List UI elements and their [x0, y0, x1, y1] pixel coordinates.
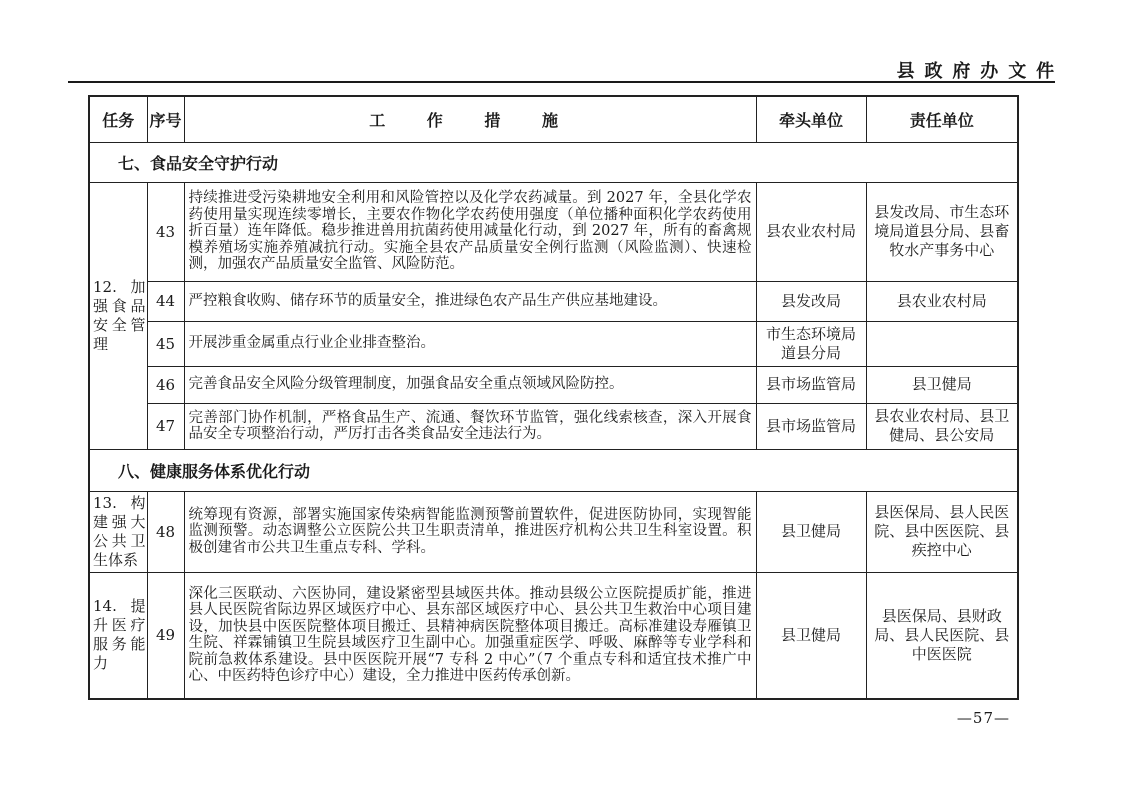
page-number: —57— — [957, 709, 1010, 727]
action-plan-table: 任务 序号 工 作 措 施 牵头单位 责任单位 七、食品安全守护行动 12.加强… — [88, 95, 1019, 700]
measure-cell-44: 严控粮食收购、储存环节的质量安全，推进绿色农产品生产供应基地建设。 — [184, 281, 756, 321]
task-cell-14: 14.提升医疗服务能力 — [89, 572, 147, 699]
section-title-8: 八、健康服务体系优化行动 — [89, 449, 1018, 491]
table-row-45: 45 开展涉重金属重点行业企业排查整治。 市生态环境局道县分局 — [89, 321, 1018, 366]
no-cell-44: 44 — [147, 281, 184, 321]
lead-cell-46: 县市场监管局 — [756, 366, 866, 403]
no-cell-47: 47 — [147, 403, 184, 449]
document-page: 县政府办文件 任务 序号 工 作 措 施 牵头单位 责任单位 七、食品安全守护行… — [0, 0, 1122, 793]
table-header-row: 任务 序号 工 作 措 施 牵头单位 责任单位 — [89, 96, 1018, 142]
section-title-7: 七、食品安全守护行动 — [89, 142, 1018, 182]
doc-header-label: 县政府办文件 — [897, 57, 1064, 83]
measure-cell-47: 完善部门协作机制，严格食品生产、流通、餐饮环节监管，强化线索核查，深入开展食品安… — [184, 403, 756, 449]
resp-cell-43: 县发改局、市生态环境局道县分局、县畜牧水产事务中心 — [866, 182, 1018, 281]
measure-cell-43: 持续推进受污染耕地安全利用和风险管控以及化学农药减量。到 2027 年，全县化学… — [184, 182, 756, 281]
measure-cell-48: 统筹现有资源，部署实施国家传染病智能监测预警前置软件，促进医防协同，实现智能监测… — [184, 491, 756, 572]
col-header-no: 序号 — [147, 96, 184, 142]
resp-cell-49: 县医保局、县财政局、县人民医院、县中医医院 — [866, 572, 1018, 699]
lead-cell-43: 县农业农村局 — [756, 182, 866, 281]
task-cell-13: 13. 构建强大公共卫生体系 — [89, 491, 147, 572]
table-row-47: 47 完善部门协作机制，严格食品生产、流通、餐饮环节监管，强化线索核查，深入开展… — [89, 403, 1018, 449]
resp-cell-46: 县卫健局 — [866, 366, 1018, 403]
lead-cell-44: 县发改局 — [756, 281, 866, 321]
table-row-48: 13. 构建强大公共卫生体系 48 统筹现有资源，部署实施国家传染病智能监测预警… — [89, 491, 1018, 572]
lead-cell-49: 县卫健局 — [756, 572, 866, 699]
col-header-lead: 牵头单位 — [756, 96, 866, 142]
no-cell-45: 45 — [147, 321, 184, 366]
table-row-44: 44 严控粮食收购、储存环节的质量安全，推进绿色农产品生产供应基地建设。 县发改… — [89, 281, 1018, 321]
table-row-43: 12.加强食品安全管理 43 持续推进受污染耕地安全利用和风险管控以及化学农药减… — [89, 182, 1018, 281]
resp-cell-47: 县农业农村局、县卫健局、县公安局 — [866, 403, 1018, 449]
table-row-49: 14.提升医疗服务能力 49 深化三医联动、六医协同，建设紧密型县域医共体。推动… — [89, 572, 1018, 699]
lead-cell-47: 县市场监管局 — [756, 403, 866, 449]
lead-cell-45: 市生态环境局道县分局 — [756, 321, 866, 366]
no-cell-46: 46 — [147, 366, 184, 403]
no-cell-43: 43 — [147, 182, 184, 281]
no-cell-49: 49 — [147, 572, 184, 699]
resp-cell-48: 县医保局、县人民医院、县中医医院、县疾控中心 — [866, 491, 1018, 572]
section-row-7: 七、食品安全守护行动 — [89, 142, 1018, 182]
col-header-measures: 工 作 措 施 — [184, 96, 756, 142]
measure-cell-46: 完善食品安全风险分级管理制度，加强食品安全重点领域风险防控。 — [184, 366, 756, 403]
header-rule — [68, 81, 1055, 83]
table-row-46: 46 完善食品安全风险分级管理制度，加强食品安全重点领域风险防控。 县市场监管局… — [89, 366, 1018, 403]
col-header-task: 任务 — [89, 96, 147, 142]
lead-cell-48: 县卫健局 — [756, 491, 866, 572]
measure-cell-49: 深化三医联动、六医协同，建设紧密型县域医共体。推动县级公立医院提质扩能，推进县人… — [184, 572, 756, 699]
resp-cell-45 — [866, 321, 1018, 366]
task-cell-12: 12.加强食品安全管理 — [89, 182, 147, 449]
resp-cell-44: 县农业农村局 — [866, 281, 1018, 321]
measure-cell-45: 开展涉重金属重点行业企业排查整治。 — [184, 321, 756, 366]
no-cell-48: 48 — [147, 491, 184, 572]
col-header-resp: 责任单位 — [866, 96, 1018, 142]
section-row-8: 八、健康服务体系优化行动 — [89, 449, 1018, 491]
